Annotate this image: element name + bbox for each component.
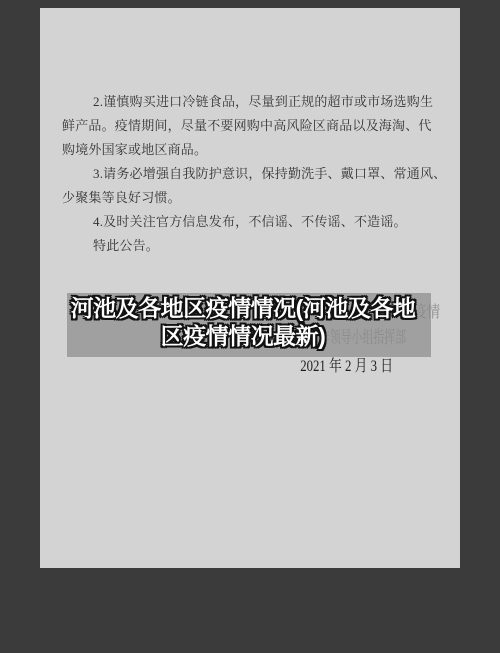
article-title-line-2: 区疫情情况最新) xyxy=(61,322,425,350)
notice-line: 鲜产品。疫情期间，尽量不要网购中高风险区商品以及海淘、代 xyxy=(62,114,456,138)
notice-line: 3.请务必增强自我防护意识，保持勤洗手、戴口罩、常通风、 xyxy=(62,162,456,186)
notice-body: 2.谨慎购买进口冷链食品，尽量到正规的超市或市场选购生 鲜产品。疫情期间，尽量不… xyxy=(62,90,456,258)
notice-date: 2021 年 2 月 3 日 xyxy=(300,357,393,377)
notice-closing-line: 特此公告。 xyxy=(62,234,456,258)
article-title-line-1: 河池及各地区疫情情况(河池及各地 xyxy=(61,294,425,322)
notice-line: 4.及时关注官方信息发布，不信谣、不传谣、不造谣。 xyxy=(62,210,456,234)
image-viewer-matte: 2.谨慎购买进口冷链食品，尽量到正规的超市或市场选购生 鲜产品。疫情期间，尽量不… xyxy=(0,0,500,653)
notice-line: 少聚集等良好习惯。 xyxy=(62,186,456,210)
notice-document: 2.谨慎购买进口冷链食品，尽量到正规的超市或市场选购生 鲜产品。疫情期间，尽量不… xyxy=(40,8,460,568)
notice-line: 购境外国家或地区商品。 xyxy=(62,138,456,162)
notice-line: 2.谨慎购买进口冷链食品，尽量到正规的超市或市场选购生 xyxy=(62,90,456,114)
article-title-overlay: 河池及各地区疫情情况(河池及各地 区疫情情况最新) xyxy=(61,294,425,350)
